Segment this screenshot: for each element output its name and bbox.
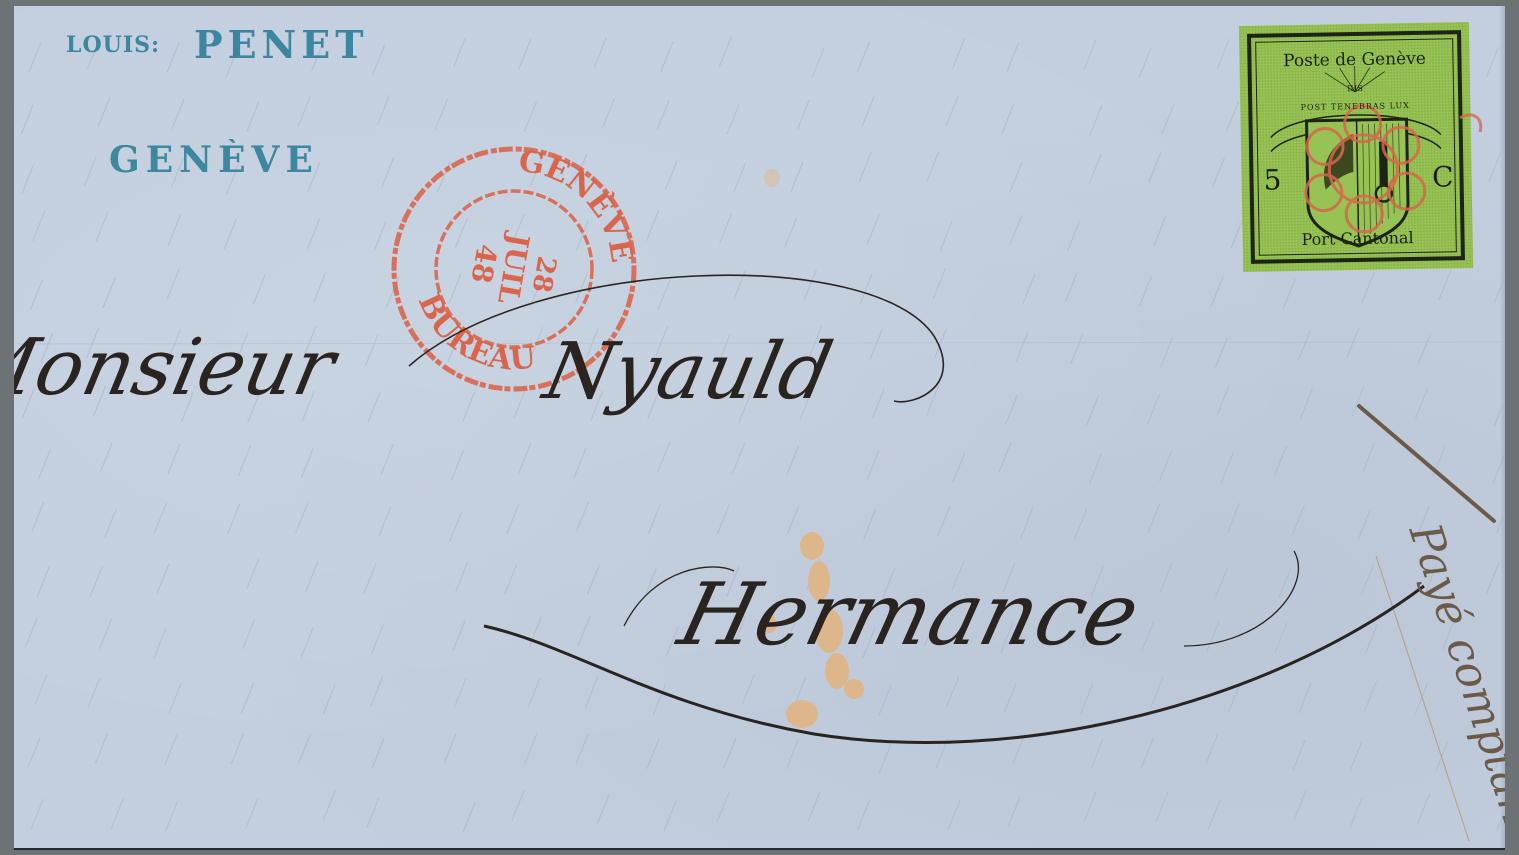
postal-cover: LOUIS: PENET GENÈVE GENÈVE BUREAU 28 JUI…: [14, 6, 1505, 848]
rosette-overflow: [14, 6, 1505, 848]
